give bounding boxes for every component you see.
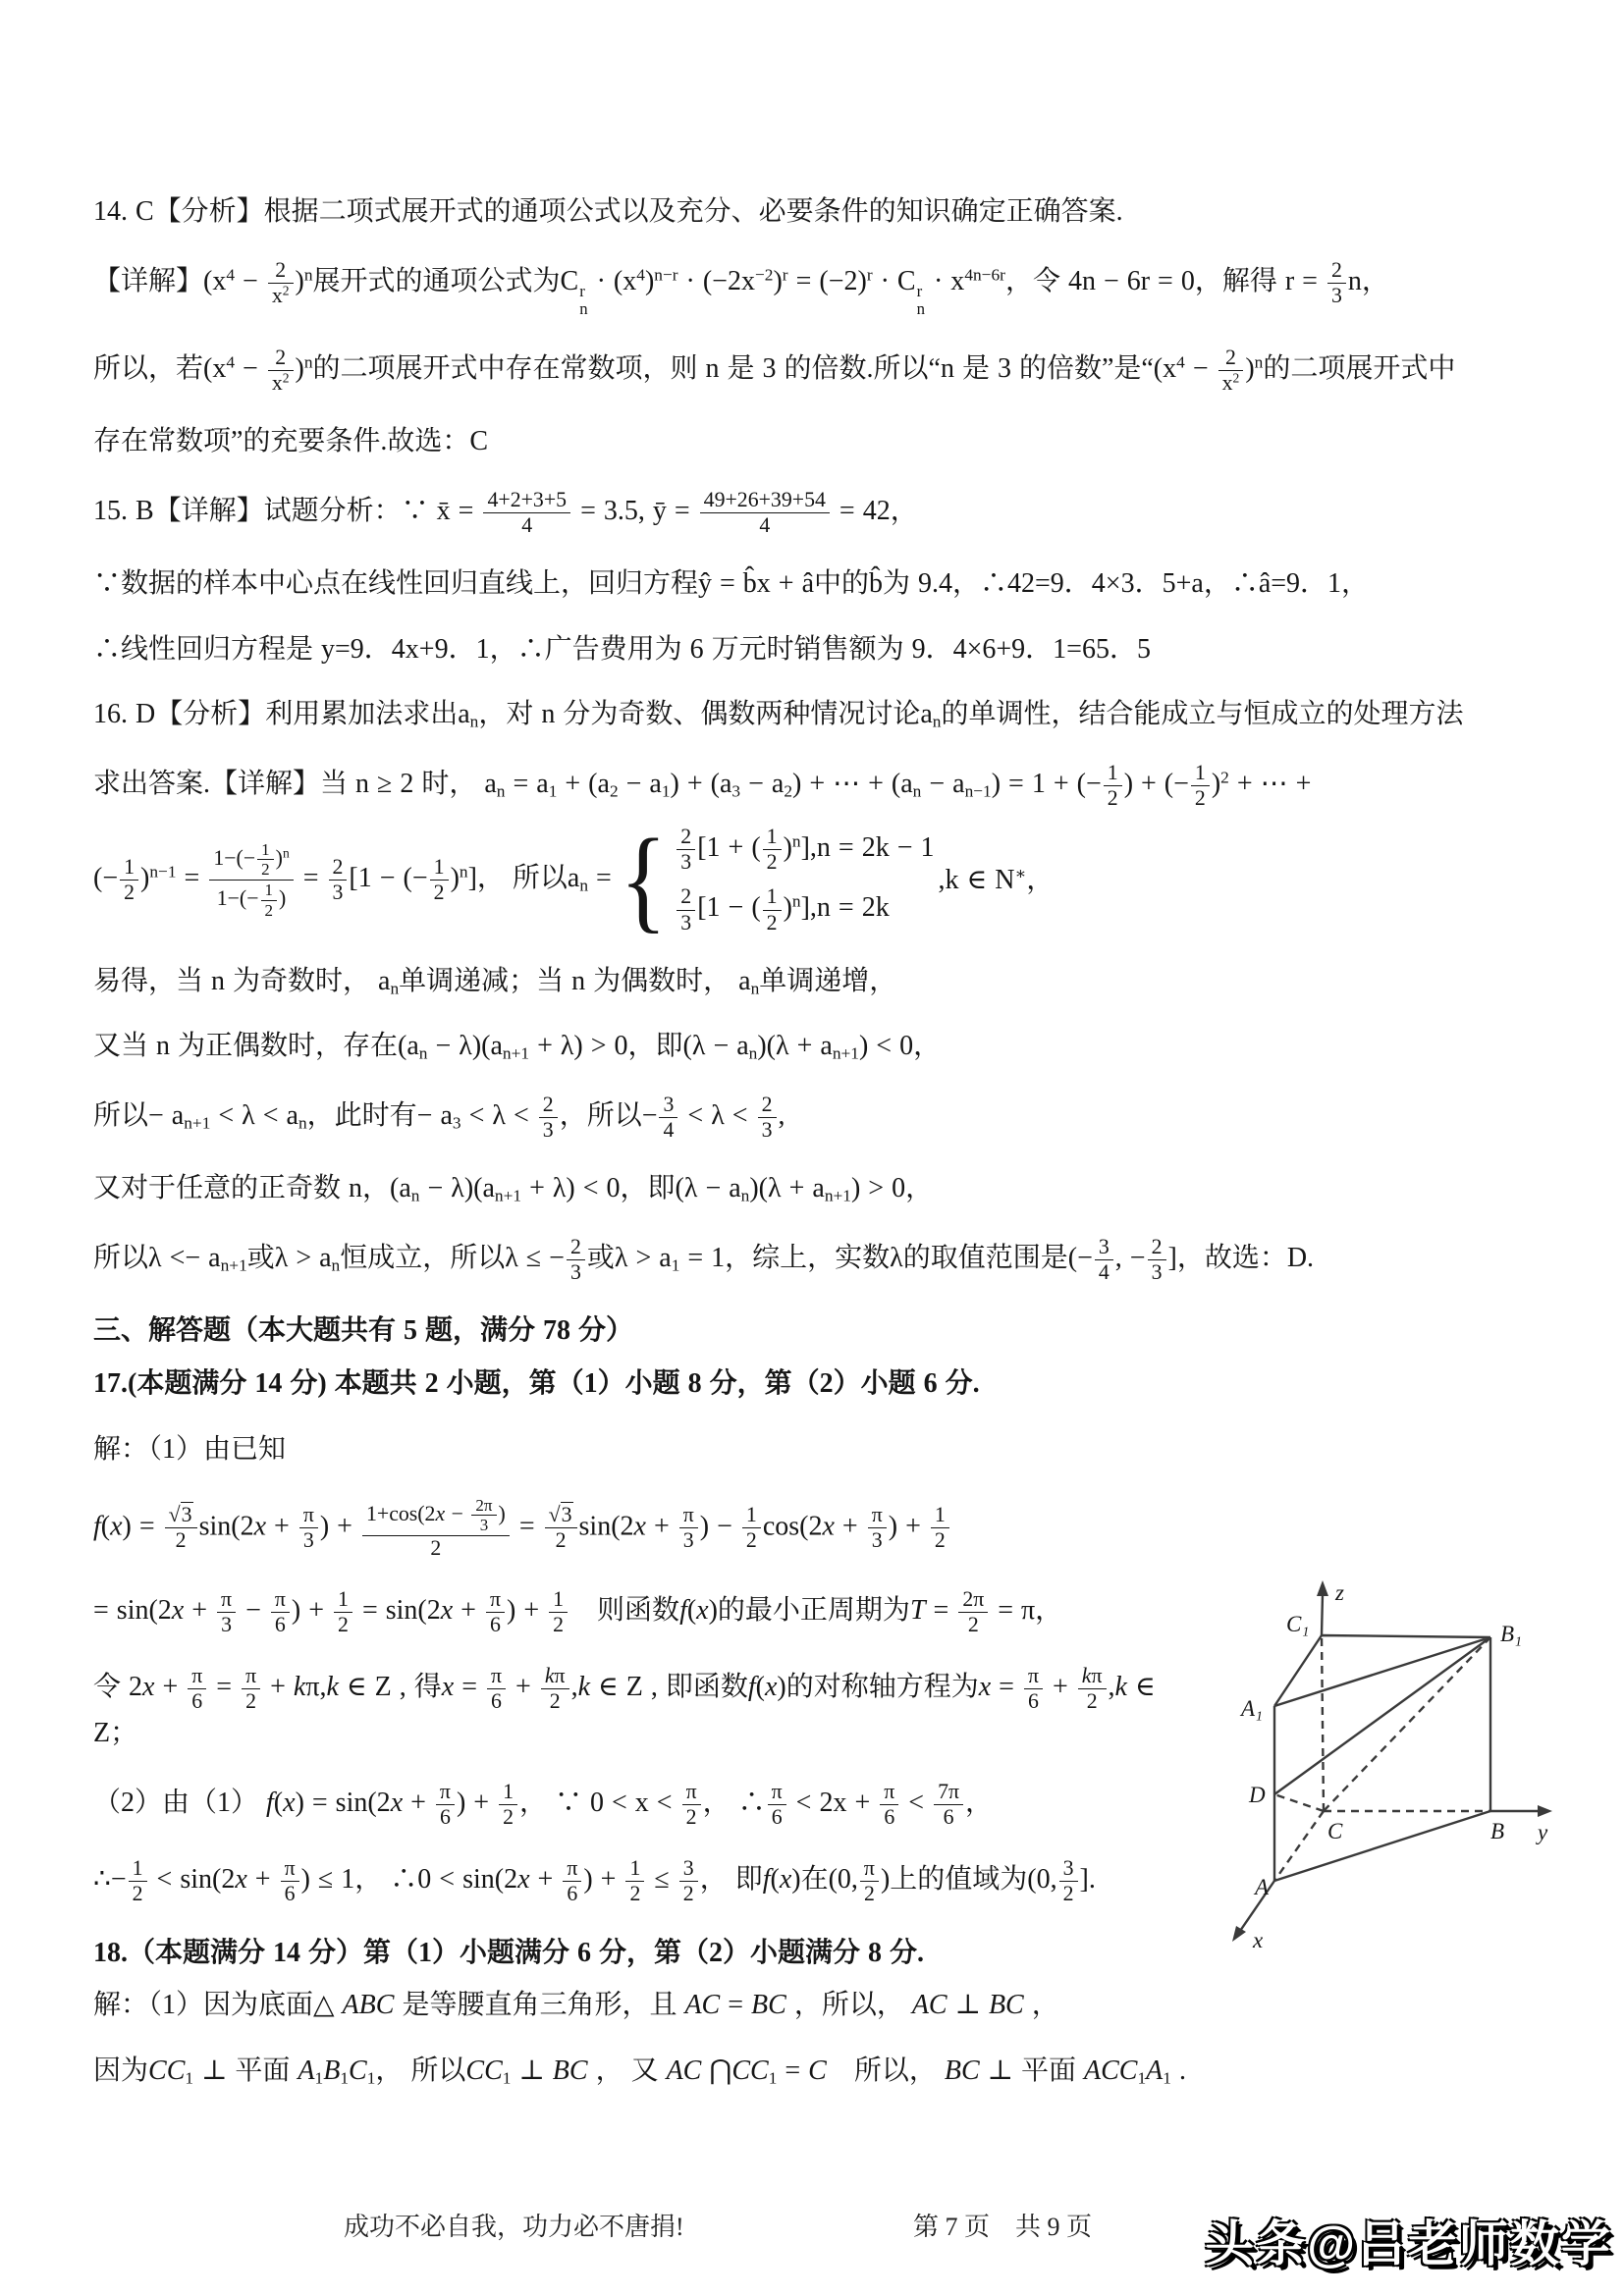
- text-line: （2）由（1） f(x) = sin(2x + π6) + 12， ∵ 0 < …: [93, 1780, 1198, 1830]
- text-line: = sin(2x + π3 − π6) + 12 = sin(2x + π6) …: [93, 1587, 1198, 1637]
- text-line: 三、解答题（本大题共有 5 题，满分 78 分）: [93, 1311, 1539, 1351]
- vertex-label-A1: A₁: [1239, 1696, 1263, 1721]
- y-arrowhead: [1538, 1805, 1552, 1817]
- text-line: 所以λ <− an+1或λ > an恒成立，所以λ ≤ −23或λ > a1 =…: [93, 1235, 1539, 1285]
- vertex-label-D: D: [1248, 1783, 1266, 1807]
- text-line: 令 2x + π6 = π2 + kπ,k ∈ Z , 得x = π6 + kπ…: [93, 1664, 1198, 1753]
- text-line: f(x) = √32sin(2x + π3) + 1+cos(2x − 2π3)…: [93, 1496, 1198, 1561]
- text-line: 易得，当 n 为奇数时， an单调递减；当 n 为偶数时， an单调递增，: [93, 962, 1539, 1001]
- text-line: 15. B【详解】试题分析：∵ x̄ = 4+2+3+54 = 3.5, ȳ =…: [93, 488, 1539, 538]
- cases-brace: {: [620, 832, 667, 927]
- text-line: 17.(本题满分 14 分) 本题共 2 小题，第（1）小题 8 分，第（2）小…: [93, 1364, 1539, 1404]
- text-line: 因为CC1 ⊥ 平面 A1B1C1， 所以CC1 ⊥ BC ， 又 AC ⋂CC…: [93, 2052, 1539, 2091]
- text-line: 又当 n 为正偶数时，存在(an − λ)(an+1 + λ) > 0，即(λ …: [93, 1027, 1539, 1066]
- text-line: 16. D【分析】利用累加法求出an，对 n 分为奇数、偶数两种情况讨论an的单…: [93, 695, 1539, 734]
- text-line: 【详解】(x4 − 2x2)n展开式的通项公式为Crn · (x4)n−r · …: [93, 258, 1539, 319]
- text-line: 求出答案.【详解】当 n ≥ 2 时， an = a1 + (a2 − a1) …: [93, 761, 1539, 811]
- edge-CA-hidden: [1274, 1811, 1324, 1881]
- x-arrowhead: [1232, 1926, 1246, 1942]
- footer-page-number: 第 7 页 共 9 页: [913, 2207, 1092, 2243]
- text-line: ∵数据的样本中心点在线性回归直线上，回归方程ŷ = b̂x + â中的b̂为 9…: [93, 564, 1539, 604]
- text-line: 所以− an+1 < λ < an，此时有− a3 < λ < 23，所以−34…: [93, 1093, 1539, 1143]
- axis-label-z: z: [1334, 1580, 1344, 1605]
- prism-figure: z C₁ B₁ A₁ D C B y A x: [1206, 1520, 1622, 1991]
- watermark: 头条@吕老师数学: [1205, 2205, 1612, 2275]
- footer-motto: 成功不必自我，功力必不唐捐!: [344, 2207, 684, 2243]
- vertex-label-A: A: [1253, 1875, 1270, 1899]
- text-line: 存在常数项”的充要条件.故选：C: [93, 422, 1539, 461]
- axis-label-x: x: [1252, 1928, 1264, 1952]
- text-line: 又对于任意的正奇数 n，(an − λ)(an+1 + λ) < 0，即(λ −…: [93, 1169, 1539, 1208]
- edge-CC1-hidden: [1322, 1635, 1324, 1811]
- document-page: 14. C【分析】根据二项式展开式的通项公式以及充分、必要条件的知识确定正确答案…: [0, 0, 1624, 2296]
- text-line: 14. C【分析】根据二项式展开式的通项公式以及充分、必要条件的知识确定正确答案…: [93, 192, 1539, 232]
- z-axis: [1322, 1594, 1323, 1635]
- axis-label-y: y: [1536, 1820, 1548, 1844]
- text-line: ∴线性回归方程是 y=9．4x+9．1，∴广告费用为 6 万元时销售额为 9．4…: [93, 630, 1539, 669]
- text-line: ∴−12 < sin(2x + π6) ≤ 1， ∴0 < sin(2x + π…: [93, 1856, 1198, 1906]
- diagonal-D-B1: [1274, 1637, 1490, 1794]
- edge-CD-hidden: [1274, 1794, 1324, 1811]
- edge-bottom-front: [1274, 1811, 1490, 1881]
- text-line: 解：（1）由已知: [93, 1430, 1539, 1469]
- text-line: 解：（1）因为底面△ ABC 是等腰直角三角形，且 AC = BC ，所以， A…: [93, 1986, 1539, 2025]
- vertex-label-B1: B₁: [1500, 1622, 1522, 1646]
- vertex-label-C1: C₁: [1286, 1612, 1309, 1636]
- piecewise-formula-line: (−12)n−1 = 1−(−12)n1−(−12) = 23[1 − (−12…: [93, 825, 1539, 934]
- text-line: 所以，若(x4 − 2x2)n的二项展开式中存在常数项，则 n 是 3 的倍数.…: [93, 346, 1539, 396]
- z-arrowhead: [1317, 1580, 1328, 1596]
- vertex-label-C: C: [1327, 1819, 1343, 1843]
- vertex-label-B: B: [1490, 1819, 1504, 1843]
